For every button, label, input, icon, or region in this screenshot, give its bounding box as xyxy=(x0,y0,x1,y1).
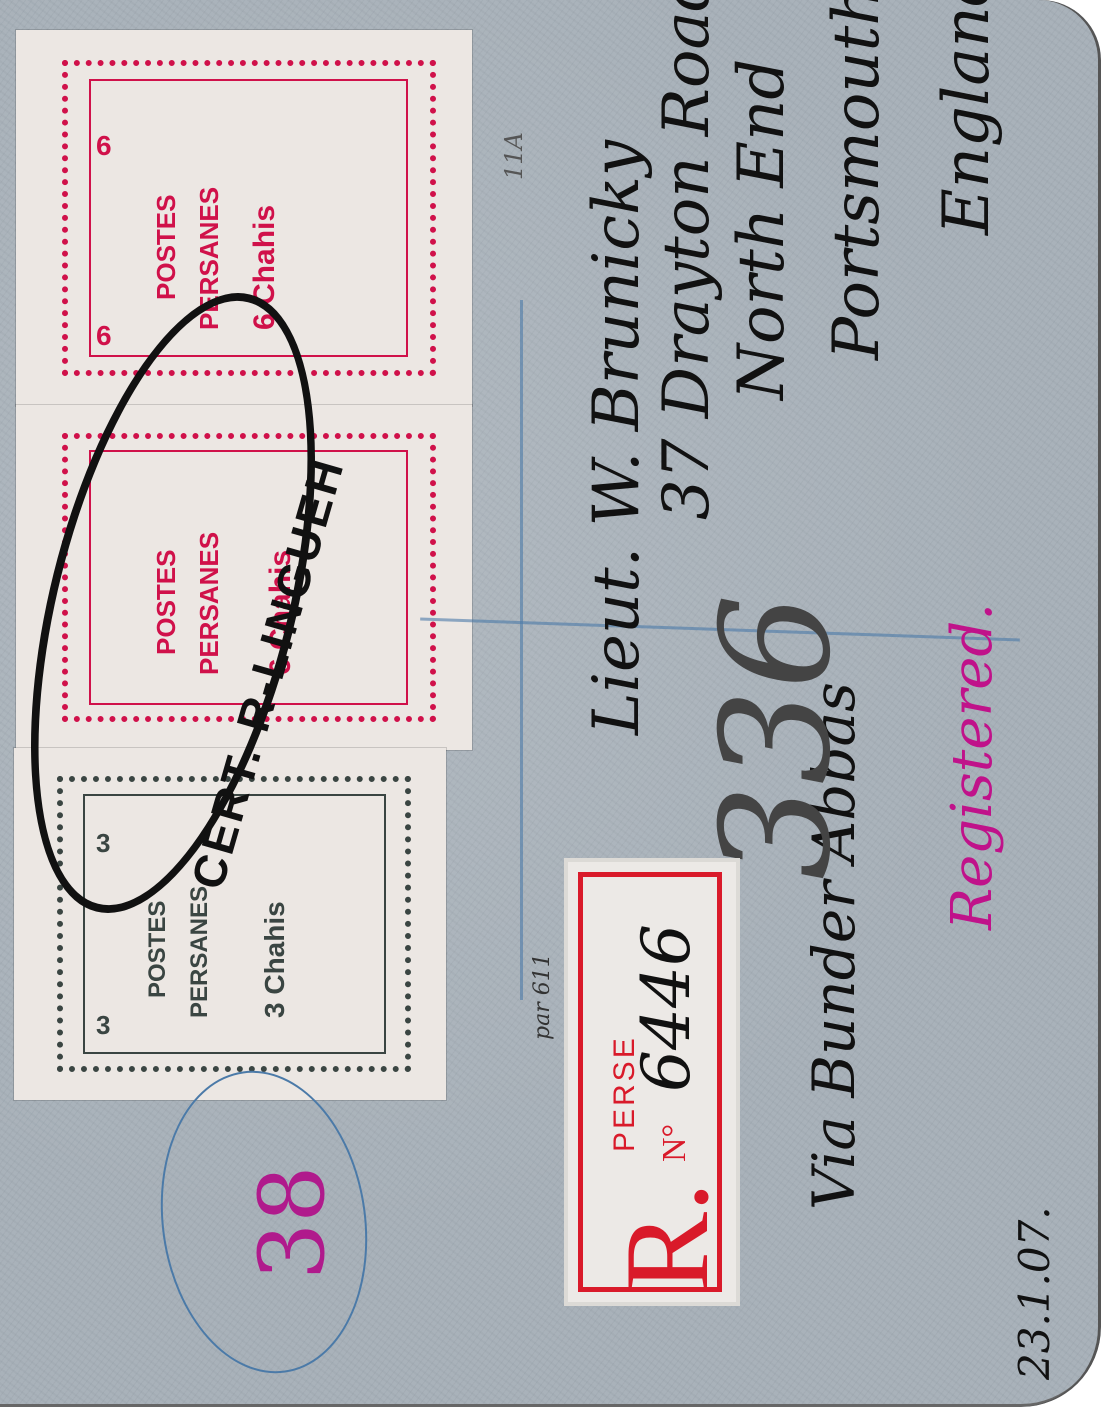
top-pencil-note: 11A xyxy=(500,132,528,180)
address-line-4: Portsmouth xyxy=(820,0,894,360)
stamp-text-value: 3 Chahis xyxy=(259,901,291,1018)
stamp-corner-numeral: 3 xyxy=(96,1010,110,1041)
pencil-number: 336 xyxy=(690,594,864,880)
stamp-text-postes: POSTES xyxy=(151,195,182,300)
stamp-text-postes: POSTES xyxy=(144,901,172,998)
stamp-text-persanes: PERSANES xyxy=(186,886,214,1018)
address-line-1: Lieut. W. Brunicky xyxy=(580,140,654,735)
circled-number: 38 xyxy=(240,1165,345,1280)
stamp-corner-numeral: 6 xyxy=(96,320,112,352)
address-line-3: North End xyxy=(725,59,799,400)
date-note: 23.1.07. xyxy=(1010,1206,1059,1380)
registered-note: Registered. xyxy=(940,603,1005,930)
registration-label: R. PERSE N° 6446 xyxy=(568,862,736,1302)
registration-number: 6446 xyxy=(628,924,705,1092)
blue-crayon-line xyxy=(520,300,523,1000)
address-line-2: 37 Drayton Road xyxy=(650,0,724,520)
address-line-5: England xyxy=(930,0,1004,235)
registration-no-label: N° xyxy=(656,1124,694,1162)
stamp-corner-numeral: 6 xyxy=(96,130,112,162)
small-pencil-note: par 611 xyxy=(530,953,555,1040)
registration-r: R. xyxy=(598,1182,736,1292)
